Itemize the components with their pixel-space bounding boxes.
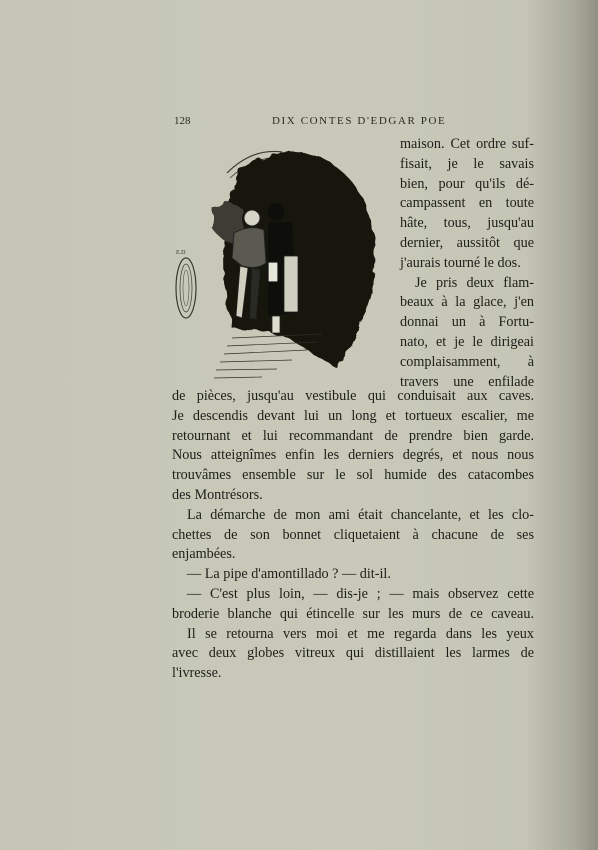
text-line: complaisamment, à [400, 353, 534, 373]
cellar-scene-icon: E.D [172, 138, 388, 384]
text-line: retournant et lui recommandant de prendr… [172, 427, 534, 447]
text-line: Nous atteignîmes enfin les derniers degr… [172, 446, 534, 466]
text-line: trouvâmes ensemble sur le sol humide des… [172, 466, 534, 486]
engraver-signature: E.D [176, 250, 186, 256]
text-line: fisait, je le savais [400, 155, 534, 175]
page-number: 128 [174, 115, 191, 127]
text-line: — La pipe d'amontillado ? — dit-il. [172, 565, 534, 585]
text-line: nato, et je le dirigeai [400, 333, 534, 353]
text-line: des Montrésors. [172, 486, 534, 506]
text-line: Je descendis devant lui un long et tortu… [172, 407, 534, 427]
text-line: dernier, aussitôt que [400, 234, 534, 254]
text-line: chettes de son bonnet cliquetaient à cha… [172, 526, 534, 546]
text-line: l'ivresse. [172, 664, 534, 684]
text-line: Il se retourna vers moi et me regarda da… [172, 625, 534, 645]
book-page: 128 DIX CONTES D'EDGAR POE [0, 0, 598, 850]
text-line: campassent en toute [400, 194, 534, 214]
page-header: 128 DIX CONTES D'EDGAR POE [174, 115, 540, 131]
text-line: hâte, tous, jusqu'au [400, 214, 534, 234]
text-line: de pièces, jusqu'au vestibule qui condui… [172, 387, 534, 407]
text-line: beaux à la glace, j'en [400, 293, 534, 313]
text-line: La démarche de mon ami était chancelante… [172, 506, 534, 526]
main-column-text: de pièces, jusqu'au vestibule qui condui… [172, 387, 534, 684]
text-line: enjambées. [172, 545, 534, 565]
text-line: — C'est plus loin, — dis-je ; — mais obs… [172, 585, 534, 605]
text-line: broderie blanche qui étincelle sur les m… [172, 605, 534, 625]
running-title: DIX CONTES D'EDGAR POE [272, 115, 446, 127]
text-line: Je pris deux flam- [400, 274, 534, 294]
text-line: avec deux globes vitreux qui distillaien… [172, 644, 534, 664]
engraving-illustration: E.D [172, 138, 388, 384]
text-line: donnai un à Fortu- [400, 313, 534, 333]
text-line: bien, pour qu'ils dé- [400, 175, 534, 195]
text-line: j'aurais tourné le dos. [400, 254, 534, 274]
text-line: maison. Cet ordre suf- [400, 135, 534, 155]
side-column-text: maison. Cet ordre suf- fisait, je le sav… [400, 135, 534, 392]
